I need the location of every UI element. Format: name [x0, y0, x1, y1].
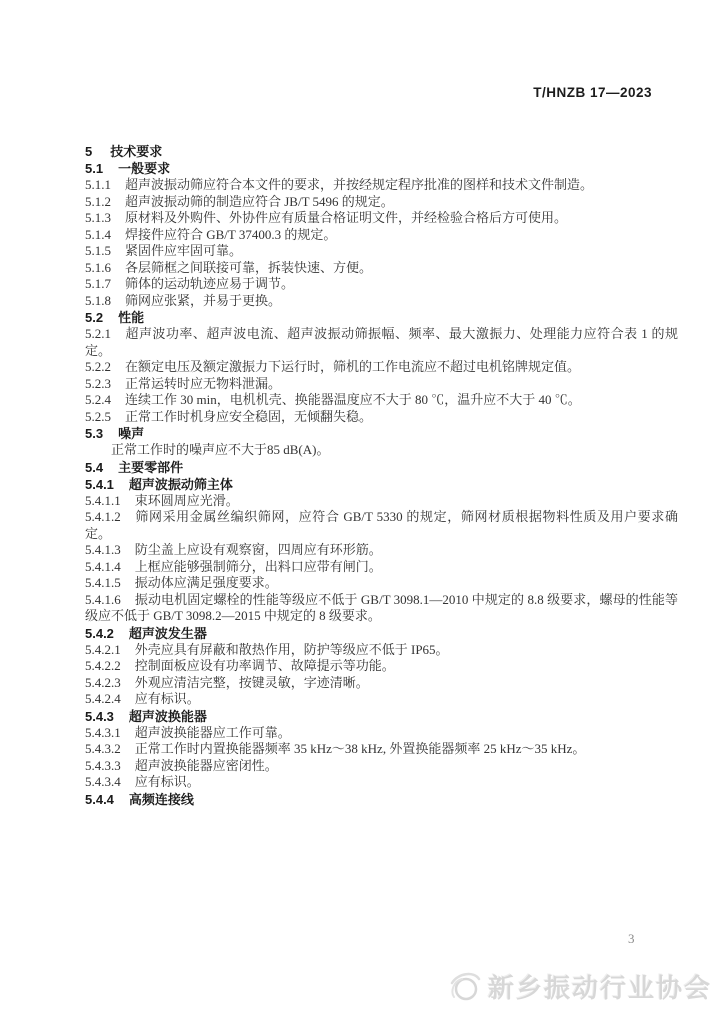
- clause-text: 外观应清洁完整，按键灵敏，字迹清晰。: [135, 675, 369, 690]
- doc-block: 5.4.2.1外壳应具有屏蔽和散热作用，防护等级应不低于 IP65。: [85, 642, 678, 659]
- clause-text: 一般要求: [118, 161, 170, 176]
- doc-block: 5.1.5紧固件应牢固可靠。: [85, 243, 678, 260]
- clause-text: 超声波功率、超声波电流、超声波振动筛振幅、频率、最大激振力、处理能力应符合表 1…: [85, 326, 678, 358]
- clause-text: 振动体应满足强度要求。: [135, 575, 278, 590]
- clause-text: 外壳应具有屏蔽和散热作用，防护等级应不低于 IP65。: [135, 642, 449, 657]
- doc-block: 5.2性能: [85, 309, 678, 326]
- clause-text: 连续工作 30 min，电机机壳、换能器温度应不大于 80 ℃，温升应不大于 4…: [125, 392, 581, 407]
- doc-code-header: T/HNZB 17—2023: [533, 85, 652, 100]
- clause-number: 5.4.2: [85, 626, 114, 641]
- clause-text: 焊接件应符合 GB/T 37400.3 的规定。: [125, 227, 336, 242]
- clause-text: 束环圆周应光滑。: [135, 493, 239, 508]
- clause-number: 5.1.2: [85, 194, 111, 209]
- clause-number: 5.2.4: [85, 392, 111, 407]
- clause-text: 防尘盖上应设有观察窗，四周应有环形筋。: [135, 542, 382, 557]
- doc-block: 5.4.1超声波振动筛主体: [85, 476, 678, 493]
- clause-text: 性能: [118, 310, 144, 325]
- clause-text: 各层筛框之间联接可靠，拆装快速、方便。: [125, 260, 372, 275]
- doc-block: 5.2.4连续工作 30 min，电机机壳、换能器温度应不大于 80 ℃，温升应…: [85, 392, 678, 409]
- clause-number: 5.4.1.2: [85, 509, 121, 524]
- doc-block: 5.4.3.1超声波换能器应工作可靠。: [85, 725, 678, 742]
- clause-number: 5.4.3.2: [85, 741, 121, 756]
- clause-number: 5: [85, 144, 92, 159]
- doc-block: 5.4.1.5振动体应满足强度要求。: [85, 575, 678, 592]
- doc-block: 5.1.4焊接件应符合 GB/T 37400.3 的规定。: [85, 227, 678, 244]
- clause-text: 超声波振动筛应符合本文件的要求，并按经规定程序批准的图样和技术文件制造。: [125, 177, 593, 192]
- clause-text: 超声波振动筛主体: [129, 477, 233, 492]
- doc-block: 5.4.2超声波发生器: [85, 625, 678, 642]
- clause-text: 技术要求: [110, 144, 162, 159]
- clause-text: 正常运转时应无物料泄漏。: [125, 376, 281, 391]
- clause-number: 5.2.5: [85, 409, 111, 424]
- doc-block: 5.1一般要求: [85, 160, 678, 177]
- doc-block: 5.2.2在额定电压及额定激振力下运行时，筛机的工作电流应不超过电机铭牌规定值。: [85, 359, 678, 376]
- clause-text: 筛网应张紧，并易于更换。: [125, 293, 281, 308]
- doc-block: 5.1.6各层筛框之间联接可靠，拆装快速、方便。: [85, 260, 678, 277]
- clause-number: 5.4.3: [85, 709, 114, 724]
- clause-number: 5.4.2.4: [85, 691, 121, 706]
- doc-block: 5.1.7筛体的运动轨迹应易于调节。: [85, 276, 678, 293]
- clause-number: 5.1.7: [85, 276, 111, 291]
- doc-block: 5.4.1.3防尘盖上应设有观察窗，四周应有环形筋。: [85, 542, 678, 559]
- clause-number: 5.4.3.3: [85, 758, 121, 773]
- clause-text: 高频连接线: [129, 792, 194, 807]
- doc-block: 5.4.3.3超声波换能器应密闭性。: [85, 758, 678, 775]
- clause-number: 5.2: [85, 310, 103, 325]
- doc-block: 5.4.2.4应有标识。: [85, 691, 678, 708]
- clause-text: 原材料及外购件、外协件应有质量合格证明文件，并经检验合格后方可使用。: [125, 210, 567, 225]
- clause-number: 5.1.1: [85, 177, 111, 192]
- clause-text: 正常工作时的噪声应不大于85 dB(A)。: [111, 442, 329, 457]
- clause-text: 超声波发生器: [129, 626, 207, 641]
- clause-number: 5.4.2.1: [85, 642, 121, 657]
- clause-number: 5.4.1.4: [85, 559, 121, 574]
- clause-number: 5.4.1.3: [85, 542, 121, 557]
- clause-number: 5.4.2.3: [85, 675, 121, 690]
- clause-text: 超声波换能器: [129, 709, 207, 724]
- association-logo-icon: [448, 969, 482, 1005]
- clause-number: 5.4.1: [85, 477, 114, 492]
- doc-block: 5.4.2.3外观应清洁完整，按键灵敏，字迹清晰。: [85, 675, 678, 692]
- clause-text: 上框应能够强制筛分，出料口应带有闸门。: [135, 559, 382, 574]
- doc-block: 5.4.1.2筛网采用金属丝编织筛网，应符合 GB/T 5330 的规定，筛网材…: [85, 509, 678, 542]
- doc-block: 5.1.1超声波振动筛应符合本文件的要求，并按经规定程序批准的图样和技术文件制造…: [85, 177, 678, 194]
- clause-text: 主要零部件: [118, 460, 183, 475]
- clause-number: 5.3: [85, 426, 103, 441]
- clause-number: 5.4.2.2: [85, 658, 121, 673]
- clause-number: 5.1.8: [85, 293, 111, 308]
- clause-number: 5.4.3.1: [85, 725, 121, 740]
- doc-block: 5.2.3正常运转时应无物料泄漏。: [85, 376, 678, 393]
- doc-block: 5.1.3原材料及外购件、外协件应有质量合格证明文件，并经检验合格后方可使用。: [85, 210, 678, 227]
- clause-number: 5.1.6: [85, 260, 111, 275]
- clause-number: 5.4.3.4: [85, 774, 121, 789]
- doc-block: 5.4.3超声波换能器: [85, 708, 678, 725]
- clause-text: 振动电机固定螺栓的性能等级应不低于 GB/T 3098.1—2010 中规定的 …: [85, 592, 678, 624]
- doc-block: 5.4主要零部件: [85, 459, 678, 476]
- clause-number: 5.4.1.5: [85, 575, 121, 590]
- clause-text: 筛网采用金属丝编织筛网，应符合 GB/T 5330 的规定，筛网材质根据物料性质…: [85, 509, 678, 541]
- clause-number: 5.4.1.6: [85, 592, 121, 607]
- clause-text: 筛体的运动轨迹应易于调节。: [125, 276, 294, 291]
- page-number: 3: [628, 931, 635, 947]
- clause-text: 超声波振动筛的制造应符合 JB/T 5496 的规定。: [125, 194, 394, 209]
- doc-block: 5.1.8筛网应张紧，并易于更换。: [85, 293, 678, 310]
- doc-block: 5.1.2超声波振动筛的制造应符合 JB/T 5496 的规定。: [85, 194, 678, 211]
- document-page: T/HNZB 17—2023 5技术要求 5.1一般要求 5.1.1超声波振动筛…: [0, 0, 720, 1018]
- clause-text: 紧固件应牢固可靠。: [125, 243, 242, 258]
- document-content: 5技术要求 5.1一般要求 5.1.1超声波振动筛应符合本文件的要求，并按经规定…: [85, 143, 678, 808]
- clause-text: 应有标识。: [135, 691, 200, 706]
- clause-number: 5.1.3: [85, 210, 111, 225]
- doc-block: 5.4.2.2控制面板应设有功率调节、故障提示等功能。: [85, 658, 678, 675]
- clause-number: 5.1.5: [85, 243, 111, 258]
- clause-number: 5.4.1.1: [85, 493, 121, 508]
- doc-block: 5.2.1超声波功率、超声波电流、超声波振动筛振幅、频率、最大激振力、处理能力应…: [85, 326, 678, 359]
- doc-block: 5.4.1.1束环圆周应光滑。: [85, 493, 678, 510]
- clause-number: 5.1.4: [85, 227, 111, 242]
- clause-text: 正常工作时内置换能器频率 35 kHz～38 kHz, 外置换能器频率 25 k…: [135, 741, 586, 756]
- doc-block: 5.4.3.4应有标识。: [85, 774, 678, 791]
- doc-block: 5.4.1.4上框应能够强制筛分，出料口应带有闸门。: [85, 559, 678, 576]
- clause-number: 5.4.4: [85, 792, 114, 807]
- doc-block: 正常工作时的噪声应不大于85 dB(A)。: [85, 442, 678, 459]
- doc-block: 5.4.3.2正常工作时内置换能器频率 35 kHz～38 kHz, 外置换能器…: [85, 741, 678, 758]
- doc-block: 5.4.4高频连接线: [85, 791, 678, 808]
- watermark-text: 新乡振动行业协会: [488, 968, 712, 1005]
- clause-text: 噪声: [118, 426, 144, 441]
- watermark: 新乡振动行业协会: [448, 968, 712, 1005]
- clause-text: 超声波换能器应工作可靠。: [135, 725, 291, 740]
- clause-text: 在额定电压及额定激振力下运行时，筛机的工作电流应不超过电机铭牌规定值。: [125, 359, 580, 374]
- clause-number: 5.2.1: [85, 326, 111, 341]
- clause-text: 超声波换能器应密闭性。: [135, 758, 278, 773]
- clause-number: 5.4: [85, 460, 103, 475]
- doc-block: 5.2.5正常工作时机身应安全稳固，无倾翻失稳。: [85, 409, 678, 426]
- clause-number: 5.2.3: [85, 376, 111, 391]
- doc-block: 5技术要求: [85, 143, 678, 160]
- doc-block: 5.4.1.6振动电机固定螺栓的性能等级应不低于 GB/T 3098.1—201…: [85, 592, 678, 625]
- clause-text: 控制面板应设有功率调节、故障提示等功能。: [135, 658, 395, 673]
- doc-block: 5.3噪声: [85, 425, 678, 442]
- clause-number: 5.2.2: [85, 359, 111, 374]
- clause-text: 应有标识。: [135, 774, 200, 789]
- clause-number: 5.1: [85, 161, 103, 176]
- clause-text: 正常工作时机身应安全稳固，无倾翻失稳。: [125, 409, 372, 424]
